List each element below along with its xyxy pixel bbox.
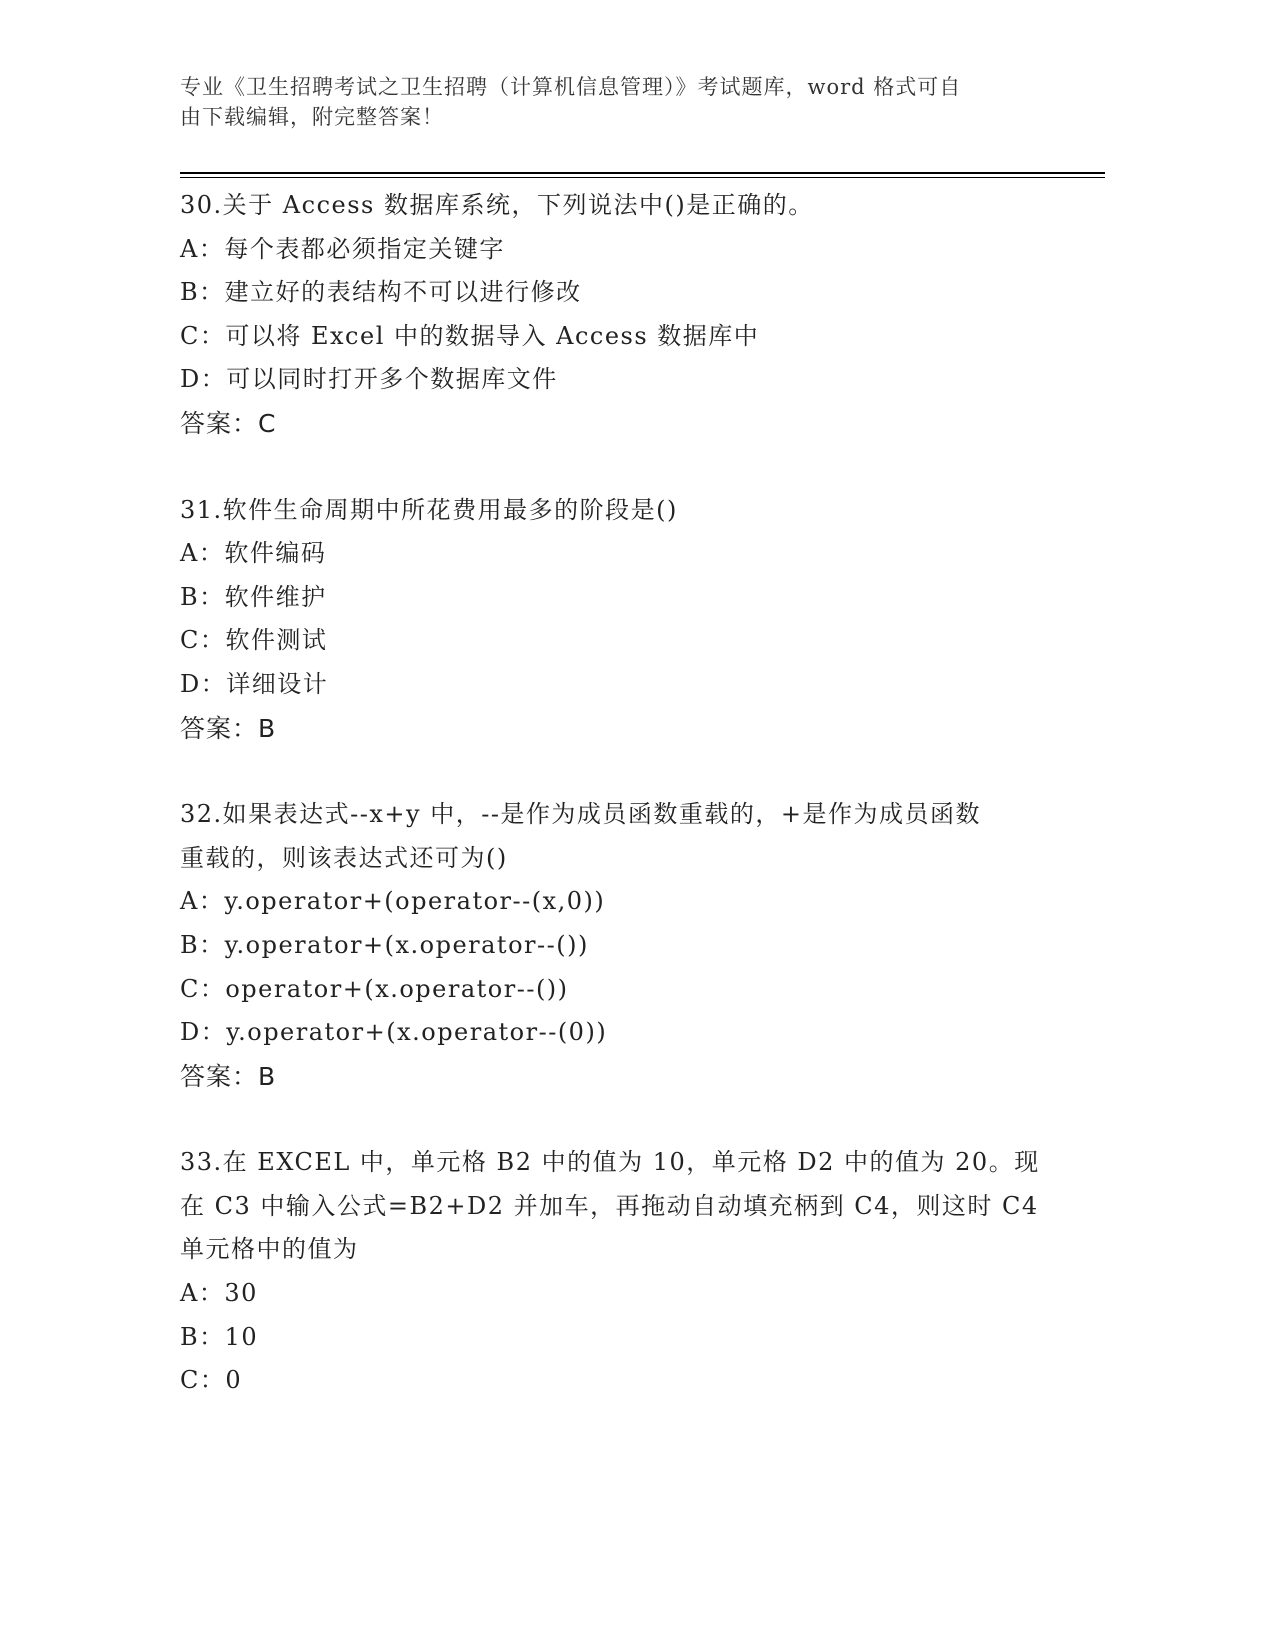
option-d: D：可以同时打开多个数据库文件 <box>180 358 1060 402</box>
option-c: C：软件测试 <box>180 619 1060 663</box>
option-b: B：建立好的表结构不可以进行修改 <box>180 271 1060 315</box>
question-33: 33.在 EXCEL 中，单元格 B2 中的值为 10，单元格 D2 中的值为 … <box>180 1141 1060 1403</box>
option-b: B：软件维护 <box>180 576 1060 620</box>
option-a: A：30 <box>180 1272 1060 1316</box>
option-b: B：y.operator+(x.operator--()) <box>180 924 1060 968</box>
question-stem-line-1: 32.如果表达式--x+y 中，--是作为成员函数重载的，+是作为成员函数 <box>180 793 1060 837</box>
header-line-1: 专业《卫生招聘考试之卫生招聘（计算机信息管理）》考试题库，word 格式可自 <box>180 72 1030 102</box>
question-stem: 30.关于 Access 数据库系统，下列说法中()是正确的。 <box>180 184 1060 228</box>
question-stem: 31.软件生命周期中所花费用最多的阶段是() <box>180 489 1060 533</box>
question-stem-line-2: 重载的，则该表达式还可为() <box>180 837 1060 881</box>
question-stem-line-1: 33.在 EXCEL 中，单元格 B2 中的值为 10，单元格 D2 中的值为 … <box>180 1141 1060 1185</box>
answer: 答案：C <box>180 402 1060 446</box>
option-a: A：每个表都必须指定关键字 <box>180 228 1060 272</box>
question-31: 31.软件生命周期中所花费用最多的阶段是() A：软件编码 B：软件维护 C：软… <box>180 489 1060 751</box>
header-divider-thick <box>180 172 1105 174</box>
option-b: B：10 <box>180 1316 1060 1360</box>
question-stem-line-2: 在 C3 中输入公式=B2+D2 并加车，再拖动自动填充柄到 C4，则这时 C4 <box>180 1185 1060 1229</box>
document-header: 专业《卫生招聘考试之卫生招聘（计算机信息管理）》考试题库，word 格式可自 由… <box>180 72 1030 132</box>
option-c: C：operator+(x.operator--()) <box>180 968 1060 1012</box>
option-d: D：详细设计 <box>180 663 1060 707</box>
question-30: 30.关于 Access 数据库系统，下列说法中()是正确的。 A：每个表都必须… <box>180 184 1060 446</box>
option-d: D：y.operator+(x.operator--(0)) <box>180 1011 1060 1055</box>
header-line-2: 由下载编辑，附完整答案！ <box>180 102 1030 132</box>
answer: 答案：B <box>180 707 1060 751</box>
question-list: 30.关于 Access 数据库系统，下列说法中()是正确的。 A：每个表都必须… <box>180 184 1060 1446</box>
option-c: C：0 <box>180 1359 1060 1403</box>
option-a: A：y.operator+(operator--(x,0)) <box>180 880 1060 924</box>
question-32: 32.如果表达式--x+y 中，--是作为成员函数重载的，+是作为成员函数 重载… <box>180 793 1060 1098</box>
question-stem-line-3: 单元格中的值为 <box>180 1228 1060 1272</box>
option-a: A：软件编码 <box>180 532 1060 576</box>
option-c: C：可以将 Excel 中的数据导入 Access 数据库中 <box>180 315 1060 359</box>
header-divider-thin <box>180 177 1105 178</box>
answer: 答案：B <box>180 1055 1060 1099</box>
